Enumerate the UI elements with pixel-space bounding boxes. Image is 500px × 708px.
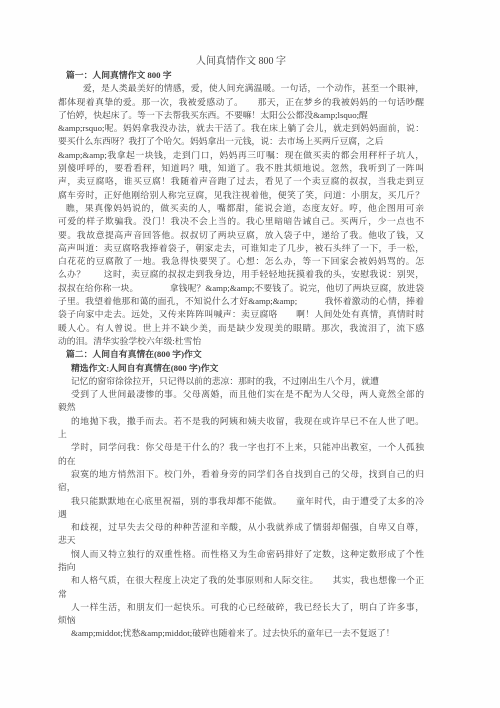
text-line: 要。我故意提高声音回答他。叔叔切了两块豆腐，放入袋子中，递给了我。他收了钱，又 (58, 229, 424, 242)
text-line: 别傻呼呼的，要看看秤，知道吗？哦，知道了。我不胜其烦地说。忽然，我听到了一阵叫 (58, 162, 424, 175)
text-line: 瞧，果真像妈妈说的，做买卖的人，嘴都甜，能说会道，态度友好。哼，他企图用可亲 (58, 202, 424, 215)
text-line: 的地抛下我，撒手而去。若不是我的阿姨和姨夫收留，我现在或许早已不在人世了吧。 (58, 415, 424, 428)
section-heading: 篇二：人间自有真情在(800 字)作文 (58, 348, 424, 361)
text-line: 动的泪。清华实验学校六年级:杜雪怡 (58, 335, 424, 348)
section-heading: 篇一：人间真情作文 800 字 (58, 69, 424, 82)
text-line: 暖人心。有人曾说。世上并不缺少美，而是缺少发现美的眼睛。那次，我流泪了，流下感 (58, 322, 424, 335)
text-line: 人一样生活，和朋友们一起快乐。可我的心已经破碎，我已经长大了，明白了许多事， (58, 601, 424, 614)
text-line: 么办？ 这时，卖豆腐的叔叔走到我身边，用手轻轻地抚摸着我的头，安慰我说：别哭， (58, 268, 424, 281)
text-line: &amp;rsquo;呢。妈妈拿我没办法，就去干活了。我在床上躺了会儿，就走到妈… (58, 122, 424, 135)
text-line: 了怡婷，快起床了。等一下去帮我买东西。不要嘛！太阳公公都没&amp;lsquo;… (58, 109, 424, 122)
text-line: 烦恼 (58, 614, 424, 627)
document-page: 人间真情作文 800 字篇一：人间真情作文 800 字爱，是人类最美好的情感，爱… (0, 0, 500, 708)
text-line: 毅然 (58, 401, 424, 414)
essay-text-block: 人间真情作文 800 字篇一：人间真情作文 800 字爱，是人类最美好的情感，爱… (58, 54, 424, 641)
text-line: 白花花的豆腐散了一地。我急得快要哭了。心想：怎么办，等一下回家会被妈妈骂的。怎 (58, 255, 424, 268)
text-line: 要买什么东西呀？我打了个哈欠。妈妈拿出一元钱，说：去市场上买两斤豆腐，之后 (58, 135, 424, 148)
text-line: 我只能默默地在心底里祝福，别的事我却都不能做。 童年时代，由于遭受了太多的冷 (58, 495, 424, 508)
text-line: 记忆的窗帘徐徐拉开，只记得以前的悲凉：那时的我，不过刚出生八个月，就遭 (58, 375, 424, 388)
text-line: 指向 (58, 561, 424, 574)
doc-title: 人间真情作文 800 字 (58, 54, 424, 69)
text-line: 常 (58, 588, 424, 601)
text-line: 悲天 (58, 534, 424, 547)
text-line: 袋子向家中走去。远处，又传来阵阵叫喊声：卖豆腐咯 啊！人间处处有真情，真情时时 (58, 308, 424, 321)
text-line: 和歧视，过早失去父母的种种苦涩和辛酸，从小我就养成了懦弱却倔强，自卑又自尊， (58, 521, 424, 534)
text-line: 腐车旁时，正好他刚给别人称完豆腐，见我注视着他，便笑了笑，问道：小朋友，买几斤？ (58, 189, 424, 202)
text-line: 寂寞的地方悄然泪下。校门外，看着身旁的同学们各自找到自己的父母，找到自己的归 (58, 468, 424, 481)
text-line: 学时，同学问我：你父母是干什么的？我一字也打不上来，只能冲出教室，一个人孤独 (58, 441, 424, 454)
text-line: &amp;middot;忧愁&amp;middot;破碎也随着来了。过去快乐的童… (58, 627, 424, 640)
text-line: 声，卖豆腐咯，谁买豆腐！我随着声音跑了过去，看见了一个卖豆腐的叔叔，当我走到豆 (58, 175, 424, 188)
text-line: 受到了人世间最凄惨的事。父母离婚，而且他们实在是不配为人父母，两人竟然全部的 (58, 388, 424, 401)
text-line: 上 (58, 428, 424, 441)
text-line: 爱，是人类最美好的情感，爱，使人间充满温暖。一句话，一个动作，甚至一个眼神， (58, 82, 424, 95)
text-line: 可爱的样子欺骗我。没门！我决不会上当的。我心里暗暗告诫自己。买两斤，少一点也不 (58, 215, 424, 228)
text-line: &amp;&amp;我拿起一块钱，走到门口，妈妈再三叮嘱：现在做买卖的都会用秤杆… (58, 149, 424, 162)
text-line: 悯人而又特立独行的双重性格。而性格又为生命密码排好了定数，这种定数形成了个性 (58, 548, 424, 561)
text-line: 宿， (58, 481, 424, 494)
text-line: 子里。我望着他那和蔼的面孔，不知说什么才好&amp;&amp; 我怀着激动的心情… (58, 295, 424, 308)
text-line: 高声叫道：卖豆腐咯我捧着袋子，朝家走去，可谁知走了几步，被石头绊了一下，手一松， (58, 242, 424, 255)
section-heading: 精选作文:人间自有真情在(800 字)作文 (58, 362, 424, 375)
text-line: 遇 (58, 508, 424, 521)
text-line: 叔叔在给你称一块。 拿钱呢？&amp;&amp;不要钱了。说完，他切了两块豆腐，… (58, 282, 424, 295)
text-line: 都体现着真挚的爱。那一次，我被爱感动了。 那天，正在梦乡的我被妈妈的一句话吵醒 (58, 96, 424, 109)
text-line: 和人格气质，在很大程度上决定了我的处事原则和人际交往。 其实，我也想像一个正 (58, 574, 424, 587)
text-line: 的在 (58, 455, 424, 468)
